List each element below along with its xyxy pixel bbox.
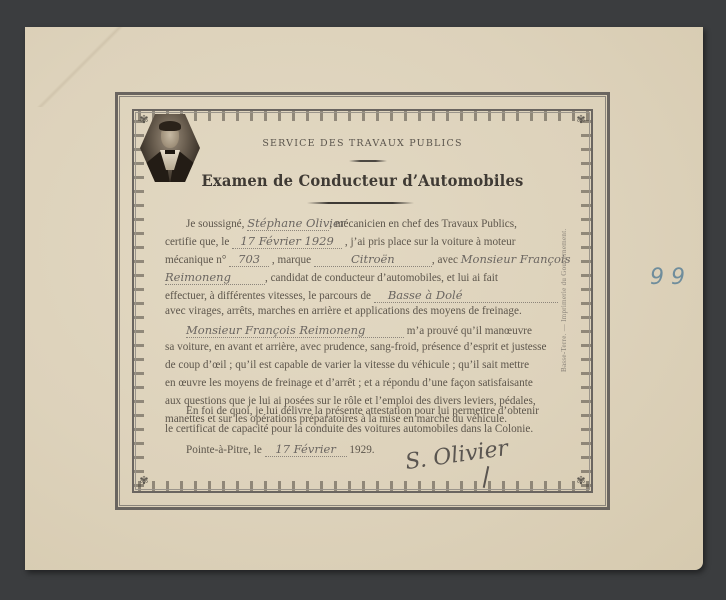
year-label: 1929. [349, 444, 374, 456]
text: , candidat de conducteur d’automobiles, … [265, 272, 498, 284]
service-header: SERVICE DES TRAVAUX PUBLICS [200, 138, 525, 149]
text: , j’ai pris place sur la voiture à moteu… [345, 236, 516, 248]
handwritten-vehicle-make: Citroën [314, 252, 432, 267]
handwritten-candidate-surname: Reimoneng [165, 270, 265, 285]
p1-line1: Je soussigné, Stéphane Olivier, mécanici… [186, 216, 517, 231]
p1-line5: effectuer, à différentes vitesses, le pa… [165, 288, 558, 303]
place-label: Pointe-à-Pitre, le [186, 444, 262, 456]
handwritten-vehicle-number: 703 [229, 252, 269, 267]
p2-line2: sa voiture, en avant et arrière, avec pr… [165, 341, 546, 353]
closing-line: Pointe-à-Pitre, le 17 Février 1929. [186, 442, 375, 457]
p1-line2: certifie que, le 17 Février 1929 , j’ai … [165, 234, 515, 249]
handwritten-examiner-name: Stéphane Olivier [247, 216, 329, 231]
photo-hair [159, 121, 181, 131]
p2-line1: Monsieur François Reimoneng m’a prouvé q… [186, 323, 532, 338]
document-title: Examen de Conducteur d’Automobiles [195, 171, 531, 190]
p1-line6: avec virages, arrêts, marches en arrière… [165, 305, 522, 317]
corner-ornament-icon: ✾ [138, 114, 150, 126]
photo-bowtie [165, 150, 175, 154]
p1-line3: mécanique n° 703 , marque Citroën, avec … [165, 252, 571, 267]
text: m’a prouvé qu’il manœuvre [407, 325, 532, 337]
handwritten-candidate-firstname: Monsieur François [461, 252, 571, 266]
handwritten-sign-date: 17 Février [265, 442, 347, 457]
p2-line4: en œuvre les moyens de freinage et d’arr… [165, 377, 533, 389]
text: , mécanicien en chef des Travaux Publics… [329, 218, 517, 230]
handwritten-exam-date: 17 Février 1929 [232, 234, 342, 249]
text: certifie que, le [165, 236, 229, 248]
title-rule [307, 202, 414, 204]
handwritten-candidate-name: Monsieur François Reimoneng [186, 323, 404, 338]
p1-line4: Reimoneng, candidat de conducteur d’auto… [165, 270, 498, 285]
p2-line3: de coup d’œil ; qu’il est capable de var… [165, 359, 529, 371]
text: , marque [272, 254, 311, 266]
p3-line1: En foi de quoi, je lui délivre la présen… [186, 405, 539, 417]
corner-ornament-icon: ✾ [575, 114, 587, 126]
text: Je soussigné, [186, 218, 244, 230]
handwritten-route: Basse à Dolé [374, 288, 558, 303]
corner-ornament-icon: ✾ [138, 475, 150, 487]
printer-imprint: Basse-Terre. — Imprimerie du Gouvernemen… [560, 172, 568, 372]
text: , avec [432, 254, 458, 266]
text: effectuer, à différentes vitesses, le pa… [165, 290, 371, 302]
text: mécanique n° [165, 254, 226, 266]
header-rule [349, 160, 387, 162]
p3-line2: le certificat de capacité pour la condui… [165, 423, 533, 435]
corner-ornament-icon: ✾ [575, 475, 587, 487]
margin-annotation: 9 9 [650, 265, 685, 290]
